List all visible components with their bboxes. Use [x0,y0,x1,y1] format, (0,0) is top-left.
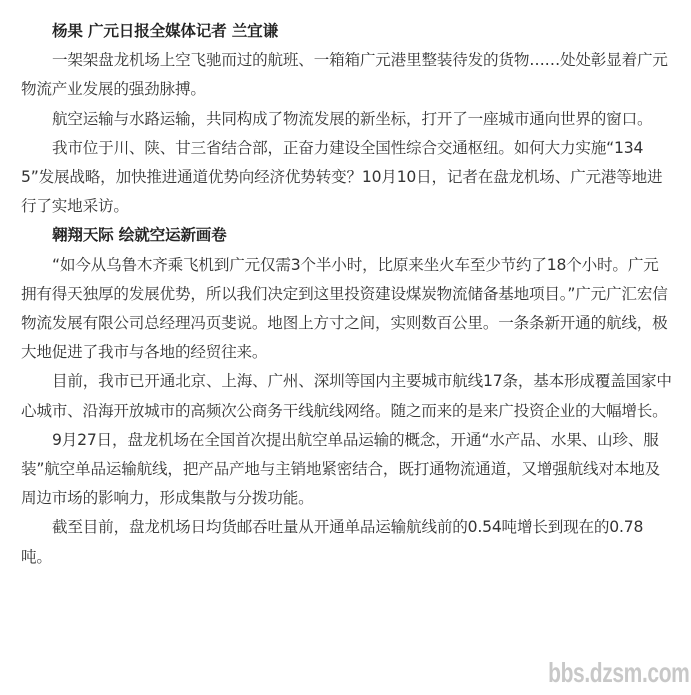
paragraph-throughput: 截至目前，盘龙机场日均货邮吞吐量从开通单品运输航线前的0.54吨增长到现在的0.… [21,513,673,571]
paragraph-single-product: 9月27日，盘龙机场在全国首次提出航空单品运输的概念，开通“水产品、水果、山珍、… [21,426,673,514]
article-body: 杨果 广元日报全媒体记者 兰宜谦 一架架盘龙机场上空飞驰而过的航班、一箱箱广元港… [21,17,673,572]
paragraph-intro: 一架架盘龙机场上空飞驰而过的航班、一箱箱广元港里整装待发的货物……处处彰显着广元… [21,46,673,104]
section-subheading: 翱翔天际 绘就空运新画卷 [21,221,673,250]
paragraph-routes: 目前，我市已开通北京、上海、广州、深圳等国内主要城市航线17条，基本形成覆盖国家… [21,367,673,425]
paragraph-quote: “如今从乌鲁木齐乘飞机到广元仅需3个半小时，比原来坐火车至少节约了18个小时。广… [21,251,673,368]
paragraph-hub: 我市位于川、陕、甘三省结合部，正奋力建设全国性综合交通枢纽。如何大力实施“134… [21,134,673,222]
byline: 杨果 广元日报全媒体记者 兰宜谦 [21,17,673,46]
paragraph-transport: 航空运输与水路运输，共同构成了物流发展的新坐标，打开了一座城市通向世界的窗口。 [21,105,673,134]
watermark: bbs.dzsm.com [548,657,689,689]
